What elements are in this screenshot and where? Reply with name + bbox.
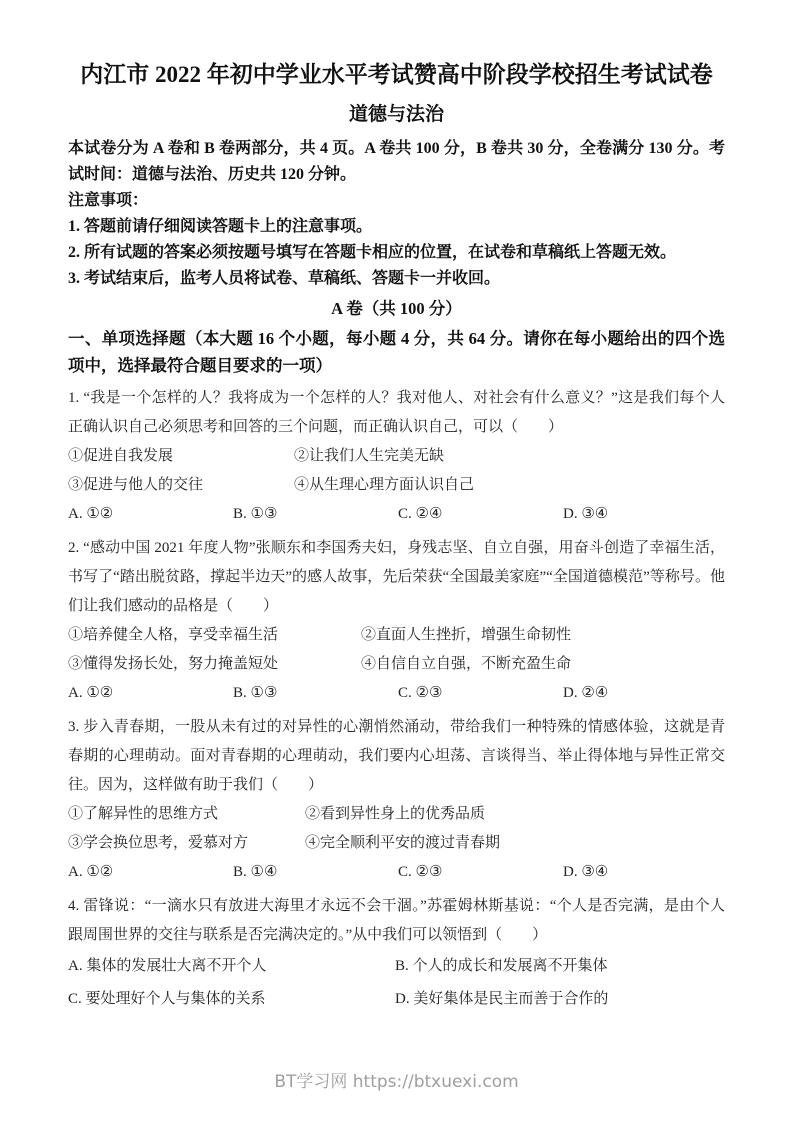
question-4-stem: 4. 雷锋说：“一滴水只有放进大海里才永远不会干涸。”苏霍姆林斯基说：“个人是否… (68, 892, 725, 950)
exam-paper-page: 内江市 2022 年初中学业水平考试赞高中阶段学校招生考试试卷 道德与法治 本试… (0, 0, 793, 1122)
question-3-choices: A. ①② B. ①④ C. ②③ D. ③④ (68, 858, 725, 887)
sub-option-3: ③学会换位思考，爱慕对方 (68, 829, 305, 858)
choice-a: A. ①② (68, 500, 233, 529)
question-1-sub-options-row-2: ③促进与他人的交往 ④从生理心理方面认识自己 (68, 471, 725, 500)
question-1-choices: A. ①② B. ①③ C. ②④ D. ③④ (68, 500, 725, 529)
sub-option-4: ④完全顺利平安的渡过青春期 (305, 829, 725, 858)
question-2-stem: 2. “感动中国 2021 年度人物”张顺东和李国秀夫妇，身残志坚、自立自强，用… (68, 534, 725, 621)
choice-c: C. 要处理好个人与集体的关系 (68, 983, 395, 1016)
sub-option-4: ④从生理心理方面认识自己 (294, 471, 725, 500)
choice-d: D. ③④ (563, 500, 725, 529)
notes-title: 注意事项： (68, 188, 725, 214)
choice-a: A. ①② (68, 858, 233, 887)
part-a-header: A 卷（共 100 分） (68, 295, 725, 323)
question-2-sub-options-row-2: ③懂得发扬长处，努力掩盖短处 ④自信自立自强，不断充盈生命 (68, 650, 725, 679)
question-3: 3. 步入青春期，一股从未有过的对异性的心潮悄然涌动，带给我们一种特殊的情感体验… (68, 713, 725, 887)
question-2-choices: A. ①② B. ①③ C. ②③ D. ②④ (68, 679, 725, 708)
question-2: 2. “感动中国 2021 年度人物”张顺东和李国秀夫妇，身残志坚、自立自强，用… (68, 534, 725, 708)
question-1-sub-options-row-1: ①促进自我发展 ②让我们人生完美无缺 (68, 442, 725, 471)
sub-option-2: ②看到异性身上的优秀品质 (305, 800, 725, 829)
subject-subtitle: 道德与法治 (68, 100, 725, 130)
sub-option-4: ④自信自立自强，不断充盈生命 (361, 650, 725, 679)
choice-b: B. ①③ (233, 500, 398, 529)
watermark-footer: BT学习网 https://btxuexi.com (0, 1070, 793, 1094)
exam-intro-paragraph: 本试卷分为 A 卷和 B 卷两部分，共 4 页。A 卷共 100 分，B 卷共 … (68, 136, 725, 188)
question-2-sub-options-row-1: ①培养健全人格，享受幸福生活 ②直面人生挫折，增强生命韧性 (68, 621, 725, 650)
choice-c: C. ②③ (398, 858, 563, 887)
note-item-3: 3. 考试结束后，监考人员将试卷、草稿纸、答题卡一并收回。 (68, 266, 725, 292)
question-4: 4. 雷锋说：“一滴水只有放进大海里才永远不会干涸。”苏霍姆林斯基说：“个人是否… (68, 892, 725, 1016)
note-item-1: 1. 答题前请仔细阅读答题卡上的注意事项。 (68, 214, 725, 240)
choice-a: A. 集体的发展壮大离不开个人 (68, 950, 395, 983)
sub-option-3: ③懂得发扬长处，努力掩盖短处 (68, 650, 361, 679)
question-3-stem: 3. 步入青春期，一股从未有过的对异性的心潮悄然涌动，带给我们一种特殊的情感体验… (68, 713, 725, 800)
question-3-sub-options-row-1: ①了解异性的思维方式 ②看到异性身上的优秀品质 (68, 800, 725, 829)
page-title: 内江市 2022 年初中学业水平考试赞高中阶段学校招生考试试卷 (68, 58, 725, 92)
question-3-sub-options-row-2: ③学会换位思考，爱慕对方 ④完全顺利平安的渡过青春期 (68, 829, 725, 858)
sub-option-1: ①培养健全人格，享受幸福生活 (68, 621, 361, 650)
choice-a: A. ①② (68, 679, 233, 708)
question-1-stem: 1. “我是一个怎样的人？我将成为一个怎样的人？我对他人、对社会有什么意义？”这… (68, 384, 725, 442)
choice-b: B. 个人的成长和发展离不开集体 (395, 950, 725, 983)
sub-option-1: ①了解异性的思维方式 (68, 800, 305, 829)
question-1: 1. “我是一个怎样的人？我将成为一个怎样的人？我对他人、对社会有什么意义？”这… (68, 384, 725, 529)
choice-d: D. ②④ (563, 679, 725, 708)
choice-b: B. ①③ (233, 679, 398, 708)
notes-list: 1. 答题前请仔细阅读答题卡上的注意事项。 2. 所有试题的答案必须按题号填写在… (68, 214, 725, 292)
question-4-choices-row-1: A. 集体的发展壮大离不开个人 B. 个人的成长和发展离不开集体 (68, 950, 725, 983)
choice-c: C. ②④ (398, 500, 563, 529)
note-item-2: 2. 所有试题的答案必须按题号填写在答题卡相应的位置，在试卷和草稿纸上答题无效。 (68, 240, 725, 266)
choice-d: D. ③④ (563, 858, 725, 887)
choice-d: D. 美好集体是民主而善于合作的 (395, 983, 725, 1016)
question-4-choices-row-2: C. 要处理好个人与集体的关系 D. 美好集体是民主而善于合作的 (68, 983, 725, 1016)
sub-option-2: ②直面人生挫折，增强生命韧性 (361, 621, 725, 650)
section-one-header: 一、单项选择题（本大题 16 个小题，每小题 4 分，共 64 分。请你在每小题… (68, 325, 725, 379)
sub-option-2: ②让我们人生完美无缺 (294, 442, 725, 471)
choice-c: C. ②③ (398, 679, 563, 708)
sub-option-3: ③促进与他人的交往 (68, 471, 294, 500)
sub-option-1: ①促进自我发展 (68, 442, 294, 471)
choice-b: B. ①④ (233, 858, 398, 887)
